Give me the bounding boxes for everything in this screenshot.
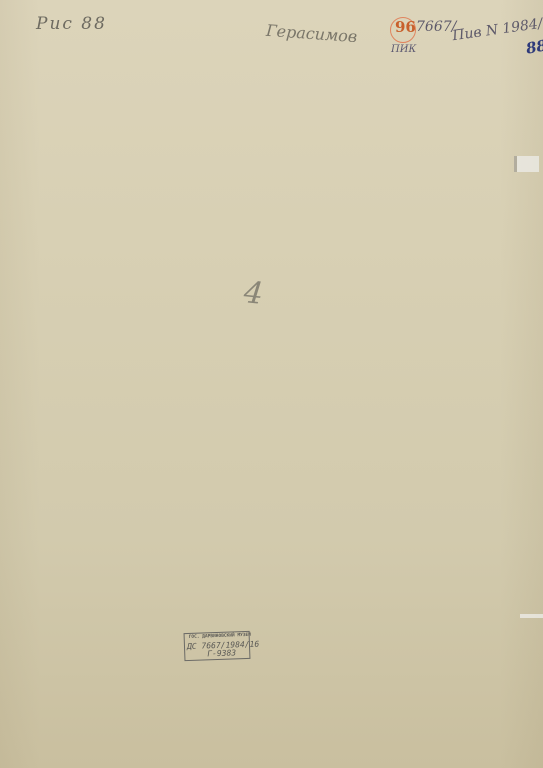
figure-label: Рис 88	[36, 14, 107, 34]
inventory-code: 7667/	[416, 19, 456, 35]
stamp-registry-line: Г-9383	[207, 648, 236, 658]
stamp-museum-name: ГОС. ДАРВИНОВСКИЙ МУЗЕЙ	[189, 633, 251, 640]
circled-number: 96	[395, 18, 416, 36]
tape-fragment-icon	[514, 156, 539, 172]
museum-stamp: ГОС. ДАРВИНОВСКИЙ МУЗЕЙ ДС 7667/1984/16 …	[184, 631, 251, 661]
paper-sheet: Рис 88 Герасимов 96 7667/ ПИК Пив N 1984…	[0, 0, 543, 768]
pik-label: ПИК	[391, 44, 416, 55]
tape-fragment-icon	[520, 614, 543, 618]
center-number: 4	[242, 275, 265, 312]
suffix-number: 88	[525, 36, 543, 57]
author-name: Герасимов	[265, 21, 357, 46]
